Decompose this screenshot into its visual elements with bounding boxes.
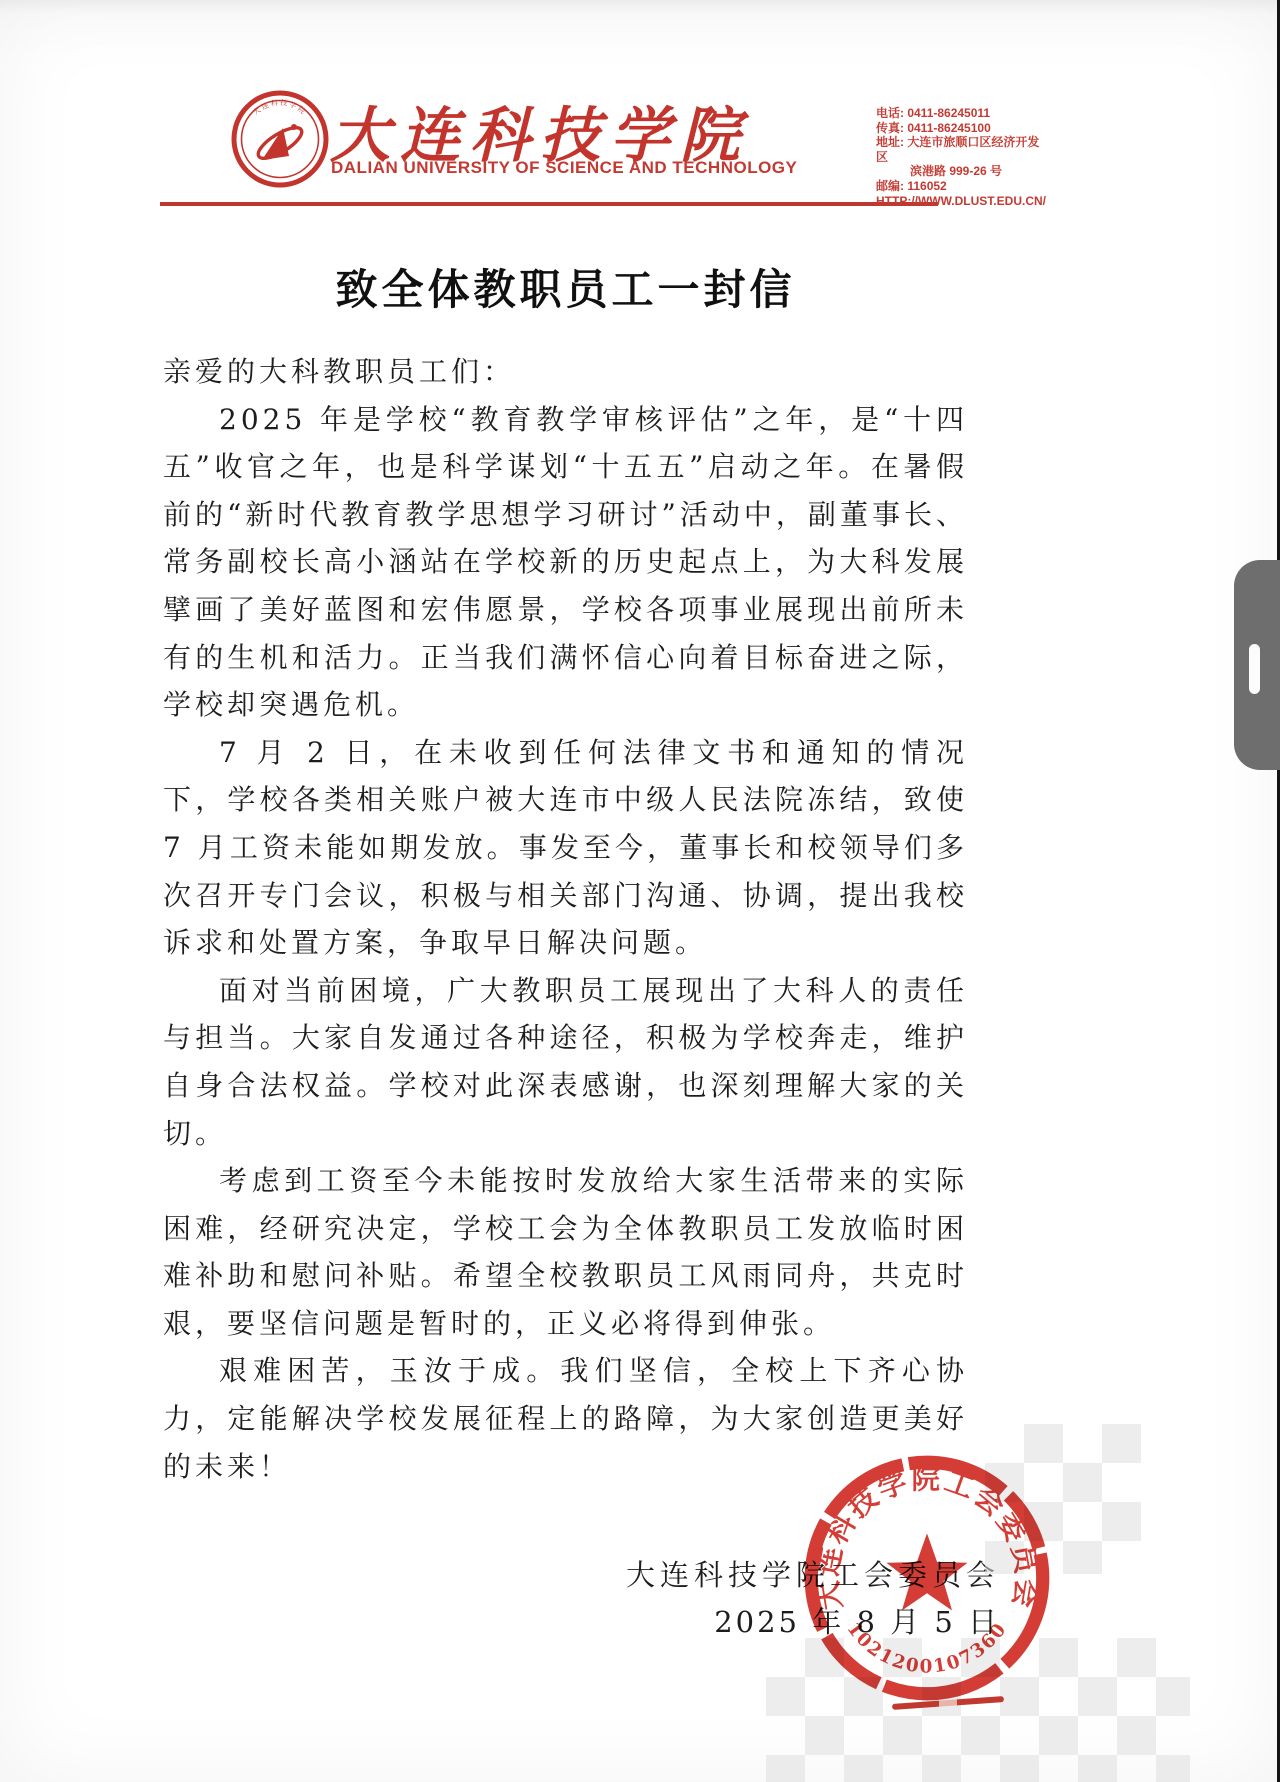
seal-star-icon (886, 1533, 967, 1610)
university-name-en: DALIAN UNIVERSITY OF SCIENCE AND TECHNOL… (331, 158, 771, 178)
letter-body: 亲爱的大科教职员工们： 2025 年是学校“教育教学审核评估”之年，是“十四五”… (163, 348, 968, 1490)
contact-website: HTTP://WWW.DLUST.EDU.CN/ (876, 194, 1051, 209)
paragraph-1: 2025 年是学校“教育教学审核评估”之年，是“十四五”收官之年，也是科学谋划“… (163, 396, 968, 729)
contact-postcode: 邮编: 116052 (876, 179, 1051, 194)
scrollbar-handle[interactable] (1234, 560, 1280, 770)
contact-address: 地址: 大连市旅顺口区经济开发区 (876, 135, 1051, 164)
contact-info: 电话: 0411-86245011 传真: 0411-86245100 地址: … (876, 106, 1051, 208)
contact-phone: 电话: 0411-86245011 (876, 106, 1051, 121)
university-logo-icon: 大连科技学院 (231, 90, 329, 188)
salutation: 亲爱的大科教职员工们： (163, 348, 968, 396)
paragraph-2: 7 月 2 日，在未收到任何法律文书和通知的情况下，学校各类相关账户被大连市中级… (163, 729, 968, 967)
paragraph-4: 考虑到工资至今未能按时发放给大家生活带来的实际困难，经研究决定，学校工会为全体教… (163, 1157, 968, 1347)
official-seal: 大连科技学院工会委员会 210212001073603 (795, 1446, 1059, 1710)
header-divider (160, 202, 938, 206)
paragraph-3: 面对当前困境，广大教职员工展现出了大科人的责任与担当。大家自发通过各种途径，积极… (163, 967, 968, 1157)
letter-title: 致全体教职员工一封信 (163, 266, 968, 314)
contact-fax: 传真: 0411-86245100 (876, 121, 1051, 136)
scrollbar-thumb-icon (1249, 644, 1260, 694)
contact-address-2: 滨港路 999-26 号 (876, 164, 1051, 179)
letter-document: 大连科技学院 大连科技学院 DALIAN UNIVERSITY OF SCIEN… (0, 0, 1280, 1782)
letterhead: 大连科技学院 大连科技学院 DALIAN UNIVERSITY OF SCIEN… (0, 0, 1280, 200)
